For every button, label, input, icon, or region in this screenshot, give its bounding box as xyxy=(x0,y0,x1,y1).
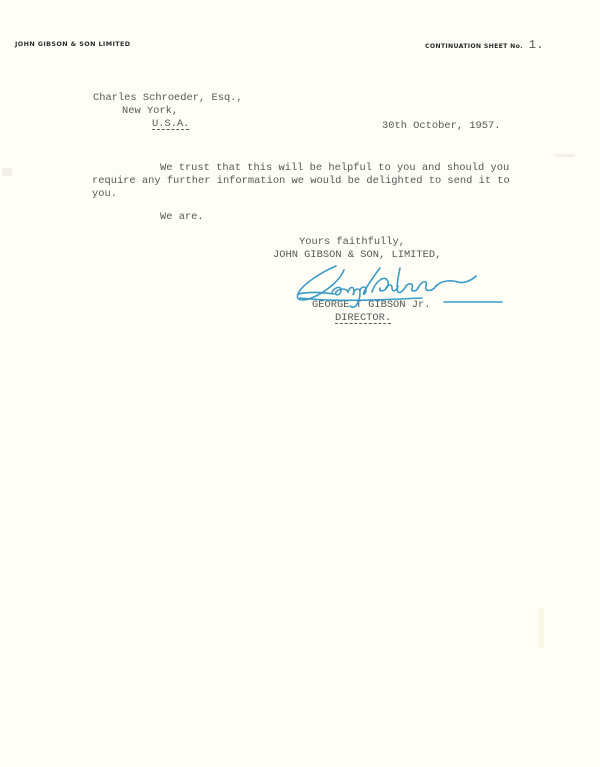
letter-date: 30th October, 1957. xyxy=(382,120,500,133)
body-line-2: require any further information we would… xyxy=(92,175,510,188)
closing-yours-faithfully: Yours faithfully, xyxy=(299,236,405,249)
recipient-country: U.S.A. xyxy=(152,118,189,131)
continuation-sheet-header: CONTINUATION SHEET No.1. xyxy=(425,38,544,52)
paper-mark xyxy=(2,168,12,176)
handwritten-signature xyxy=(292,258,507,318)
closing-we-are: We are. xyxy=(160,211,204,224)
sheet-number: 1. xyxy=(529,38,544,52)
letter-page: JOHN GIBSON & SON LIMITED CONTINUATION S… xyxy=(0,0,600,767)
letterhead-company: JOHN GIBSON & SON LIMITED xyxy=(15,40,130,48)
paper-mark xyxy=(555,154,575,157)
continuation-label: CONTINUATION SHEET No. xyxy=(425,43,523,50)
paper-mark xyxy=(538,608,544,648)
recipient-city: New York, xyxy=(122,105,178,118)
body-line-1: We trust that this will be helpful to yo… xyxy=(160,162,509,175)
recipient-name: Charles Schroeder, Esq., xyxy=(93,92,243,105)
body-line-3: you. xyxy=(92,188,117,201)
